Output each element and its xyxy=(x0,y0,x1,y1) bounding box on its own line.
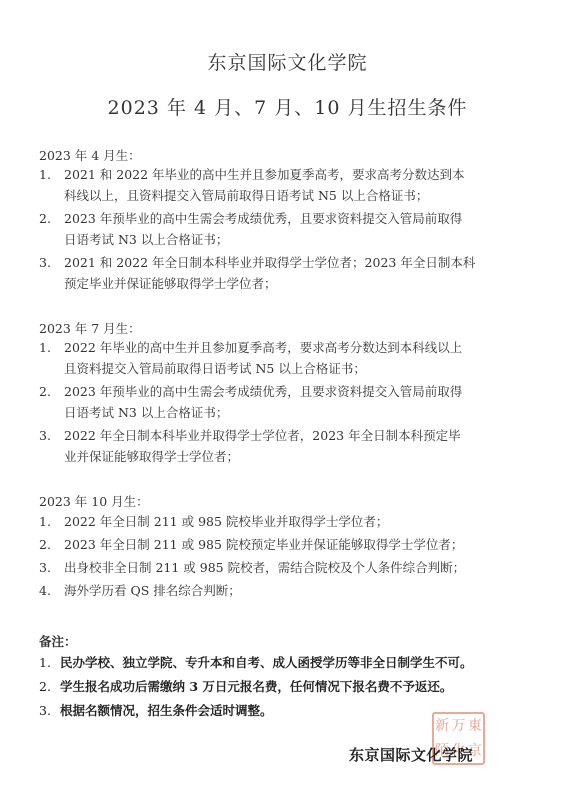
list-item: 2. 2023 年全日制 211 或 985 院校预定毕业并保证能够取得学士学位… xyxy=(39,534,539,555)
list-item: 3. 2021 和 2022 年全日制本科毕业并取得学士学位者；2023 年全日… xyxy=(39,252,539,294)
item-line: 且资料提交入管局前取得日语考试 N5 以上合格证书； xyxy=(64,358,539,379)
item-number: 2. xyxy=(39,534,59,555)
item-line: 2022 年全日制 211 或 985 院校毕业并取得学士学位者； xyxy=(64,511,539,532)
item-number: 1. xyxy=(39,511,59,532)
school-name-title: 东京国际文化学院 xyxy=(0,48,575,75)
list-item: 2. 2023 年预毕业的高中生需会考成绩优秀，且要求资料提交入管局前取得 日语… xyxy=(39,381,539,423)
list-item: 1. 2021 和 2022 年毕业的高中生并且参加夏季高考，要求高考分数达到本… xyxy=(39,164,539,206)
item-line: 科线以上，且资料提交入管局前取得日语考试 N5 以上合格证书； xyxy=(64,185,539,206)
note-item: 2. 学生报名成功后需缴纳 3 万日元报名费，任何情况下报名费不予返还。 xyxy=(39,676,559,697)
item-line: 2023 年预毕业的高中生需会考成绩优秀，且要求资料提交入管局前取得 xyxy=(64,208,539,229)
item-line: 2021 和 2022 年全日制本科毕业并取得学士学位者；2023 年全日制本科 xyxy=(64,252,539,273)
item-line: 2021 和 2022 年毕业的高中生并且参加夏季高考，要求高考分数达到本 xyxy=(64,164,539,185)
note-text: 学生报名成功后需缴纳 3 万日元报名费，任何情况下报名费不予返还。 xyxy=(60,676,559,697)
item-line: 日语考试 N3 以上合格证书； xyxy=(64,402,539,423)
list-item: 1. 2022 年毕业的高中生并且参加夏季高考，要求高考分数达到本科线以上 且资… xyxy=(39,337,539,379)
stamp-char: 新 xyxy=(434,714,450,739)
item-number: 3. xyxy=(39,425,59,446)
item-number: 3. xyxy=(39,557,59,578)
item-line: 出身校非全日制 211 或 985 院校者，需结合院校及个人条件综合判断； xyxy=(64,557,539,578)
note-item: 1. 民办学校、独立学院、专升本和自考、成人函授学历等非全日制学生不可。 xyxy=(39,652,559,673)
item-line: 海外学历看 QS 排名综合判断； xyxy=(64,580,539,601)
document-title: 2023 年 4 月、7 月、10 月生招生条件 xyxy=(0,93,575,120)
item-line: 日语考试 N3 以上合格证书； xyxy=(64,229,539,250)
stamp-char: 東 xyxy=(467,714,483,739)
list-item: 3. 2022 年全日制本科毕业并取得学士学位者，2023 年全日制本科预定毕 … xyxy=(39,425,539,467)
item-number: 1. xyxy=(39,164,59,185)
item-line: 业并保证能够取得学士学位者； xyxy=(64,446,539,467)
list-item: 3. 出身校非全日制 211 或 985 院校者，需结合院校及个人条件综合判断； xyxy=(39,557,539,578)
item-number: 2. xyxy=(39,208,59,229)
item-number: 3. xyxy=(39,252,59,273)
list-item: 2. 2023 年预毕业的高中生需会考成绩优秀，且要求资料提交入管局前取得 日语… xyxy=(39,208,539,250)
item-number: 1. xyxy=(39,337,59,358)
note-number: 1. xyxy=(39,652,59,673)
item-line: 2022 年全日制本科毕业并取得学士学位者，2023 年全日制本科预定毕 xyxy=(64,425,539,446)
item-number: 4. xyxy=(39,580,59,601)
section-heading-april: 2023 年 4 月生： xyxy=(39,146,141,164)
stamp-char: 万 xyxy=(450,714,466,739)
note-number: 3. xyxy=(39,700,59,721)
list-item: 4. 海外学历看 QS 排名综合判断； xyxy=(39,580,539,601)
section-heading-july: 2023 年 7 月生： xyxy=(39,319,141,337)
notes-heading: 备注： xyxy=(39,632,77,650)
note-number: 2. xyxy=(39,676,59,697)
list-item: 1. 2022 年全日制 211 或 985 院校毕业并取得学士学位者； xyxy=(39,511,539,532)
section-heading-october: 2023 年 10 月生： xyxy=(39,492,149,510)
note-text: 民办学校、独立学院、专升本和自考、成人函授学历等非全日制学生不可。 xyxy=(60,652,559,673)
item-line: 预定毕业并保证能够取得学士学位者； xyxy=(64,273,539,294)
item-line: 2023 年预毕业的高中生需会考成绩优秀，且要求资料提交入管局前取得 xyxy=(64,381,539,402)
item-line: 2022 年毕业的高中生并且参加夏季高考，要求高考分数达到本科线以上 xyxy=(64,337,539,358)
signature-school-name: 东京国际文化学院 xyxy=(349,744,473,765)
item-number: 2. xyxy=(39,381,59,402)
item-line: 2023 年全日制 211 或 985 院校预定毕业并保证能够取得学士学位者； xyxy=(64,534,539,555)
